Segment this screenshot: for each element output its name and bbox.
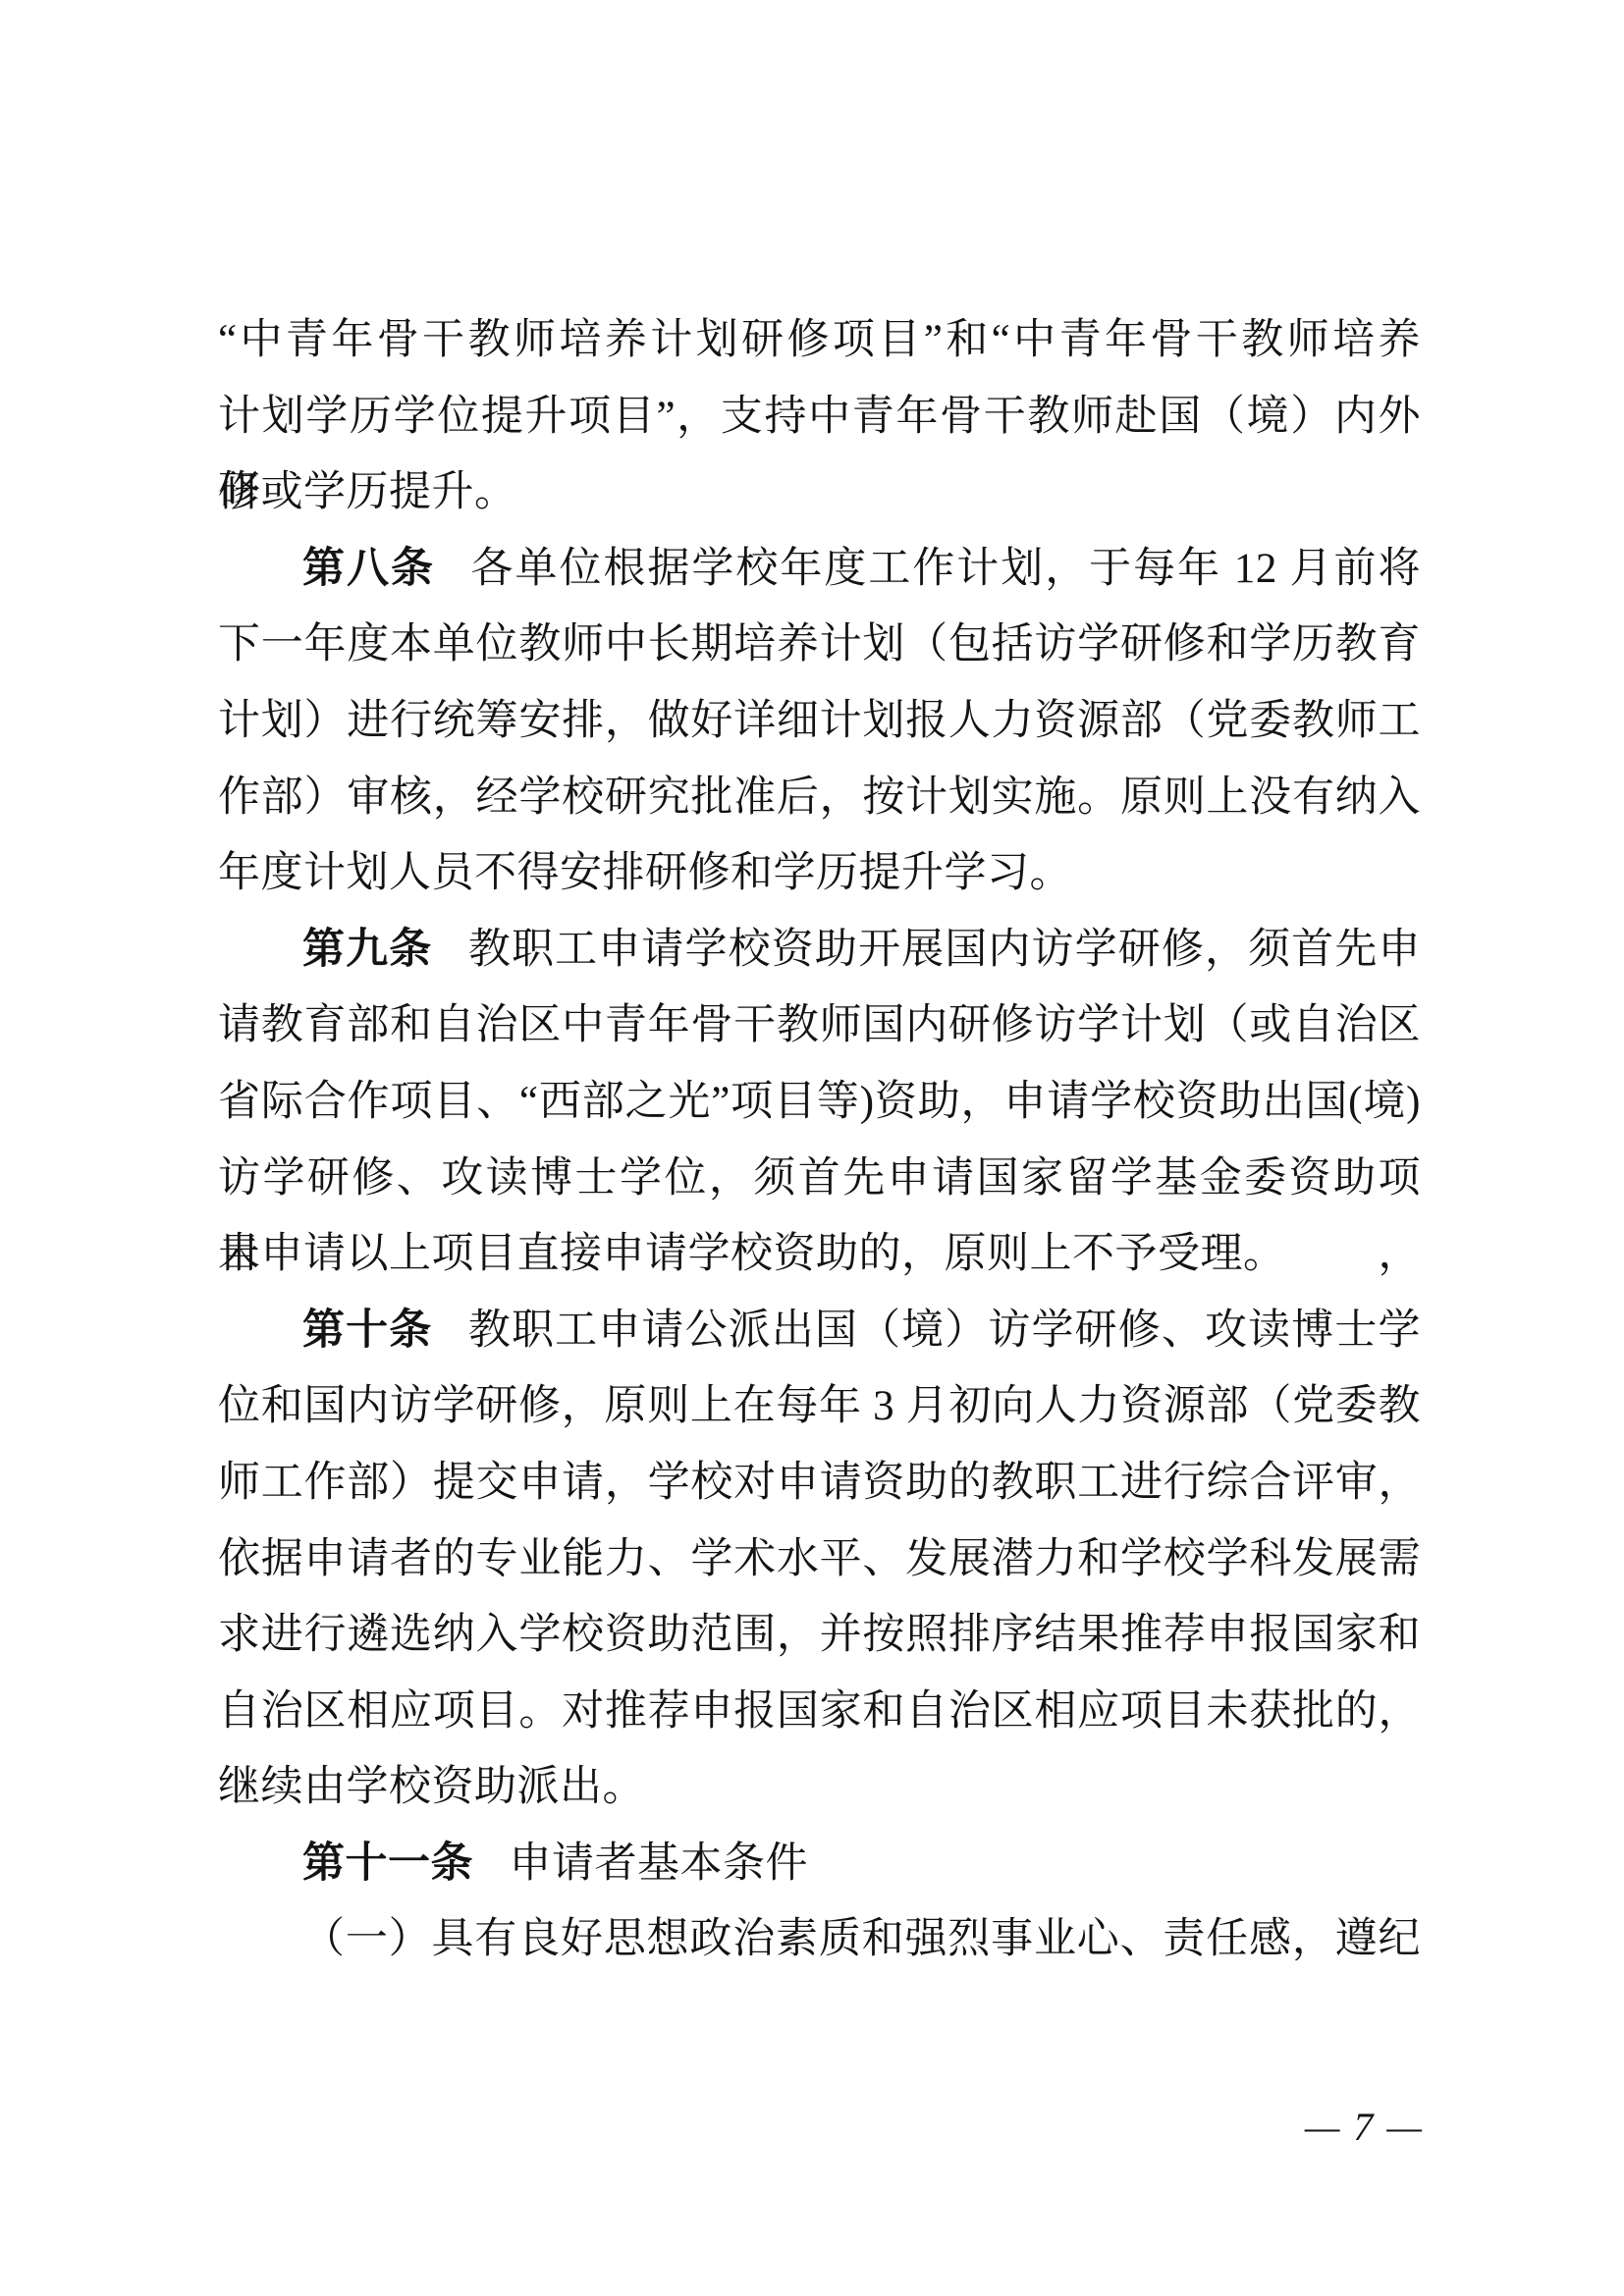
text-line-article-10: 自治区相应项目。对推荐申报国家和自治区相应项目未获批的， [218,1674,1421,1750]
text-segment: 申请者基本条件 [510,1841,809,1887]
article-label: 第八条 [302,546,435,592]
text-segment: （一）具有良好思想政治素质和强烈事业心、责任感，遵纪 [302,1916,1421,1962]
text-segment: 教职工申请公派出国（境）访学研修、攻读博士学 [468,1308,1421,1354]
text-line-article-10: 师工作部）提交申请，学校对申请资助的教职工进行综合评审， [218,1445,1421,1522]
text-segment: 依据申请者的专业能力、学术水平、发展潜力和学校学科发展需 [218,1536,1421,1582]
text-line-body-continuation: 计划学历学位提升项目”，支持中青年骨干教师赴国（境）内外研 [218,379,1421,455]
text-line-article-9: 访学研修、攻读博士学位，须首先申请国家留学基金委资助项目， [218,1141,1421,1217]
text-segment: 自治区相应项目。对推荐申报国家和自治区相应项目未获批的， [218,1688,1421,1735]
text-line-article-8: 计划）进行统筹安排，做好详细计划报人力资源部（党委教师工 [218,683,1421,760]
text-segment: 位和国内访学研修，原则上在每年 3 月初向人力资源部（党委教 [218,1383,1421,1429]
text-segment: 继续由学校资助派出。 [218,1764,645,1810]
article-label: 第十一条 [302,1841,473,1887]
text-segment: 计划）进行统筹安排，做好详细计划报人力资源部（党委教师工 [218,698,1421,744]
text-line-article-9: 未申请以上项目直接申请学校资助的，原则上不予受理。 [218,1216,1421,1293]
text-line-body-continuation: “中青年骨干教师培养计划研修项目”和“中青年骨干教师培养 [218,302,1421,379]
text-line-article-9: 第九条教职工申请学校资助开展国内访学研修，须首先申 [218,912,1421,988]
text-line-article-8: 作部）审核，经学校研究批准后，按计划实施。原则上没有纳入 [218,760,1421,836]
text-line-article-8: 下一年度本单位教师中长期培养计划（包括访学研修和学历教育 [218,607,1421,683]
text-segment: 年度计划人员不得安排研修和学历提升学习。 [218,850,1072,896]
text-segment: “中青年骨干教师培养计划研修项目”和“中青年骨干教师培养 [218,317,1421,363]
text-line-article-8: 年度计划人员不得安排研修和学历提升学习。 [218,835,1421,912]
text-line-body-continuation: 修或学历提升。 [218,454,1421,531]
document-body: “中青年骨干教师培养计划研修项目”和“中青年骨干教师培养计划学历学位提升项目”，… [218,302,1421,1978]
text-segment: 下一年度本单位教师中长期培养计划（包括访学研修和学历教育 [218,621,1421,667]
text-line-article-11-item-1: （一）具有良好思想政治素质和强烈事业心、责任感，遵纪 [218,1901,1421,1978]
text-line-article-10: 求进行遴选纳入学校资助范围，并按照排序结果推荐申报国家和 [218,1597,1421,1674]
article-label: 第十条 [302,1308,432,1354]
text-line-article-10: 继续由学校资助派出。 [218,1749,1421,1826]
text-line-article-9: 请教育部和自治区中青年骨干教师国内研修访学计划（或自治区 [218,988,1421,1064]
text-line-article-9: 省际合作项目、“西部之光”项目等)资助，申请学校资助出国(境) [218,1064,1421,1141]
text-segment: 各单位根据学校年度工作计划，于每年 12 月前将 [470,546,1421,592]
text-segment: 求进行遴选纳入学校资助范围，并按照排序结果推荐申报国家和 [218,1612,1421,1658]
document-page: “中青年骨干教师培养计划研修项目”和“中青年骨干教师培养计划学历学位提升项目”，… [0,0,1624,2296]
text-line-article-10: 依据申请者的专业能力、学术水平、发展潜力和学校学科发展需 [218,1522,1421,1598]
text-line-article-11: 第十一条申请者基本条件 [218,1826,1421,1902]
text-segment: 作部）审核，经学校研究批准后，按计划实施。原则上没有纳入 [218,774,1421,821]
text-segment: 请教育部和自治区中青年骨干教师国内研修访学计划（或自治区 [218,1002,1421,1048]
text-segment: 未申请以上项目直接申请学校资助的，原则上不予受理。 [218,1231,1286,1277]
text-segment: 师工作部）提交申请，学校对申请资助的教职工进行综合评审， [218,1460,1421,1506]
text-line-article-8: 第八条各单位根据学校年度工作计划，于每年 12 月前将 [218,531,1421,608]
text-line-article-10: 第十条教职工申请公派出国（境）访学研修、攻读博士学 [218,1293,1421,1369]
article-label: 第九条 [302,927,432,973]
text-line-article-10: 位和国内访学研修，原则上在每年 3 月初向人力资源部（党委教 [218,1368,1421,1445]
text-segment: 修或学历提升。 [218,469,517,515]
text-segment: 省际合作项目、“西部之光”项目等)资助，申请学校资助出国(境) [218,1079,1421,1125]
page-number: — 7 — [1305,2104,1424,2151]
text-segment: 教职工申请学校资助开展国内访学研修，须首先申 [468,927,1421,973]
